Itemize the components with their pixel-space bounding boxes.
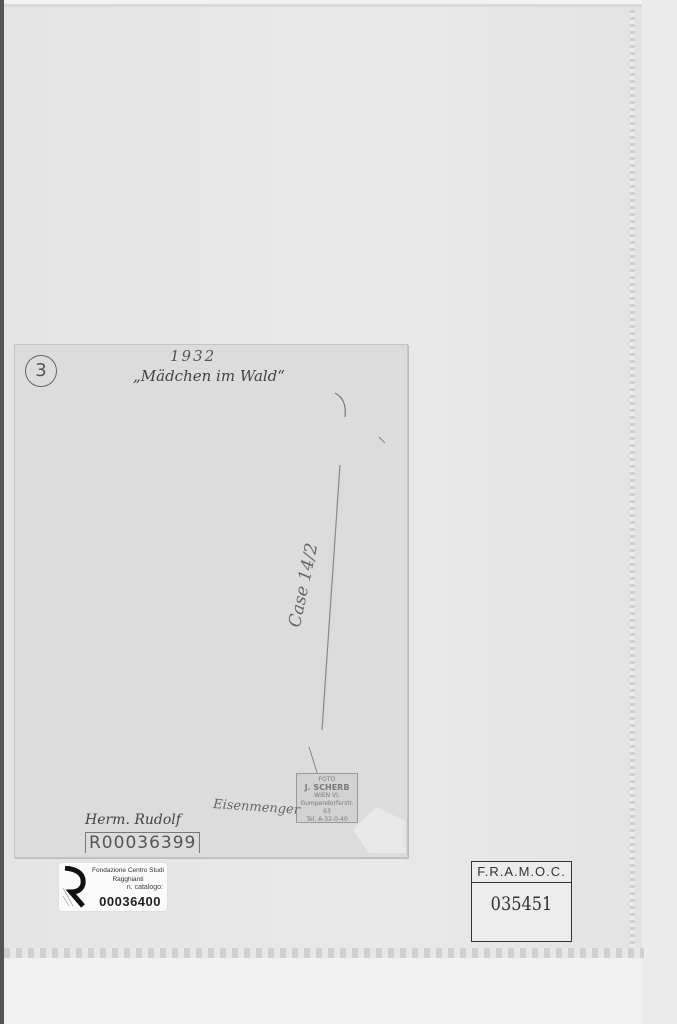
framoc-header: F.R.A.M.O.C. <box>472 862 571 883</box>
archive-organization: Fondazione Centro Studi Ragghianti <box>91 866 165 884</box>
inventory-code: R00036399 <box>85 832 200 853</box>
photographer-stamp: FOTO J. SCHERB WIEN VI. Gumpendorferstr.… <box>296 773 358 823</box>
photo-card-verso: 3 1932 „Mädchen im Wald“ Case 14/2 FOTO … <box>14 344 408 858</box>
sleeve-perforation <box>630 10 635 950</box>
pencil-line-icon <box>305 385 405 805</box>
scan-margin <box>642 0 677 1024</box>
photo-corner-tab <box>353 807 405 853</box>
artist-name: Herm. Rudolf <box>85 812 181 828</box>
artist-surname: Eisenmenger <box>213 797 301 818</box>
archive-label: Fondazione Centro Studi Ragghianti n. ca… <box>58 862 168 912</box>
circled-number: 3 <box>25 355 57 387</box>
handwritten-year: 1932 <box>170 347 216 365</box>
catalog-label: n. catalogo: <box>127 884 163 891</box>
catalog-number: 00036400 <box>99 894 161 909</box>
framoc-box: F.R.A.M.O.C. 035451 <box>471 861 572 942</box>
framoc-number: 035451 <box>479 893 563 915</box>
handwritten-title: „Mädchen im Wald“ <box>133 367 285 385</box>
sleeve-bottom-edge <box>4 948 644 958</box>
ragghianti-logo-icon <box>61 866 87 908</box>
